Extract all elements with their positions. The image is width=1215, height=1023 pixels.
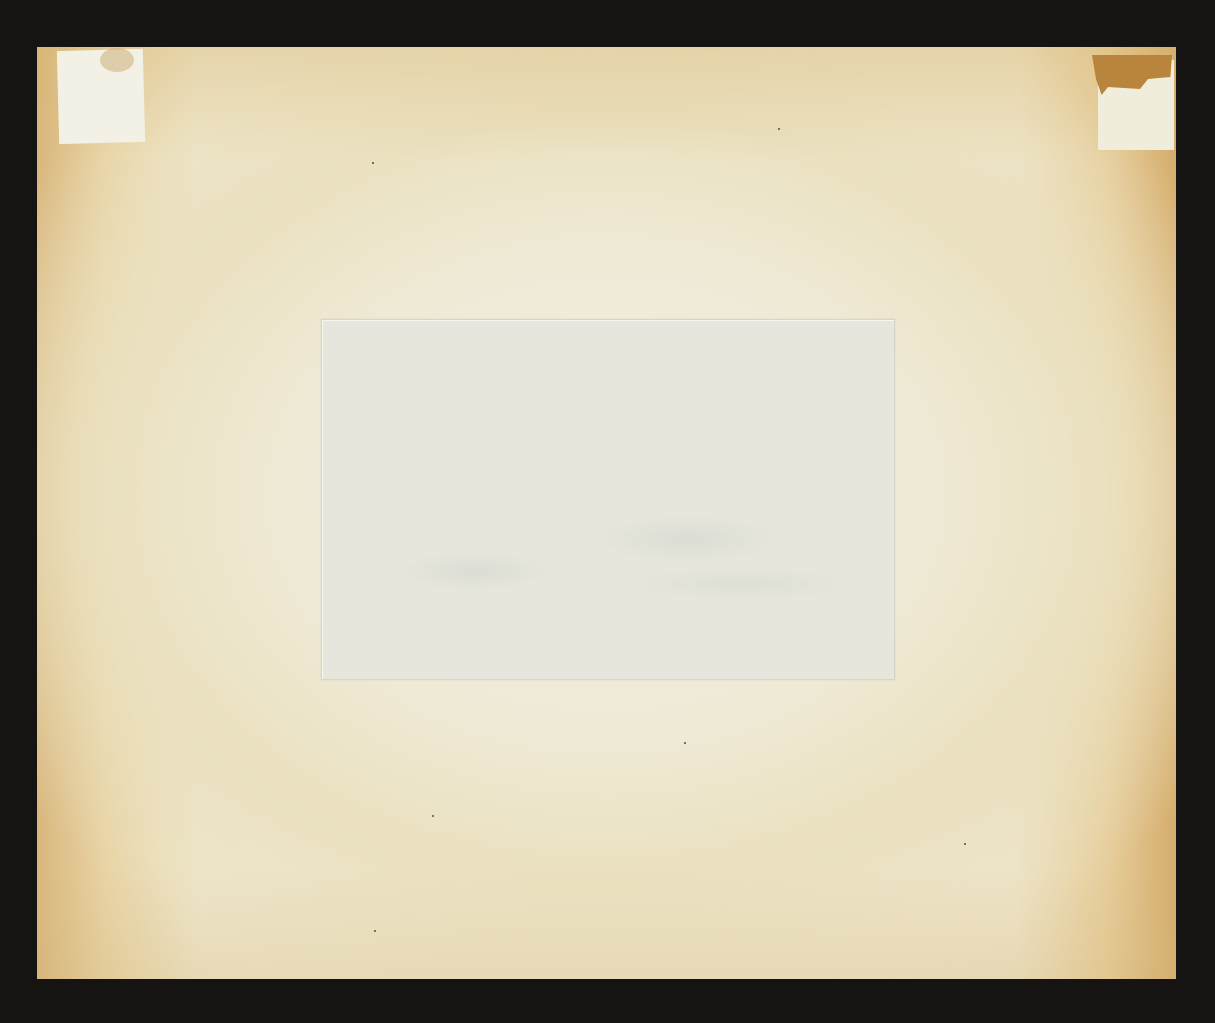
show-through-image — [342, 460, 874, 619]
plate-mark-impression — [321, 319, 895, 680]
foxing-speck — [778, 128, 780, 130]
foxing-speck — [964, 843, 966, 845]
foxing-speck — [374, 930, 376, 932]
foxing-speck — [684, 742, 686, 744]
foxing-speck — [372, 162, 374, 164]
tape-stain-left — [100, 48, 134, 72]
foxing-speck — [432, 815, 434, 817]
